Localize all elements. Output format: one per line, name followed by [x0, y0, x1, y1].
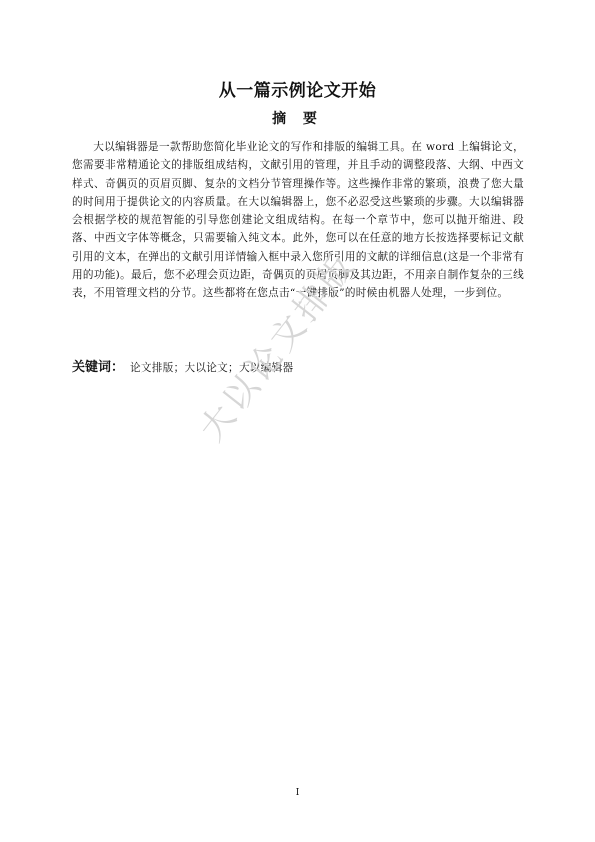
abstract-heading: 摘 要	[0, 108, 595, 128]
keywords-section: 关键词： 论文排版；大以论文；大以编辑器	[72, 356, 524, 375]
page-number: I	[0, 788, 595, 798]
keywords-label: 关键词：	[72, 356, 124, 375]
document-page: 从一篇示例论文开始 摘 要 大以编辑器是一款帮助您简化毕业论文的写作和排版的编辑…	[0, 0, 595, 842]
paper-title: 从一篇示例论文开始	[0, 76, 595, 101]
